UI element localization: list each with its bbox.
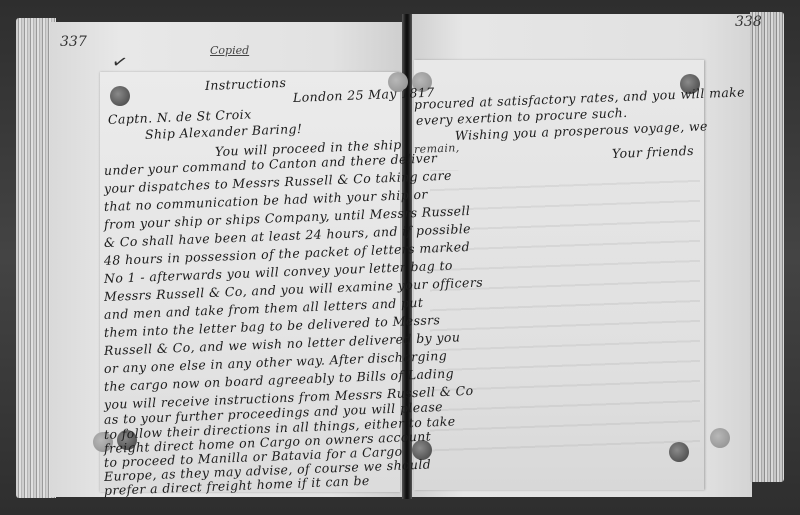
letter-heading: Instructions (205, 75, 287, 93)
wax-seal-icon (710, 428, 730, 448)
right-page-number: 338 (735, 14, 762, 30)
letter-line: remain, (414, 141, 460, 156)
wax-seal-icon (669, 442, 689, 462)
copied-annotation: Copied (210, 44, 249, 57)
wax-seal-icon (110, 86, 130, 106)
right-page-edges (750, 12, 784, 482)
ink-bleed-through (430, 170, 700, 460)
left-page-number: 337 (60, 34, 87, 50)
letter-signature: Your friends (612, 143, 694, 161)
